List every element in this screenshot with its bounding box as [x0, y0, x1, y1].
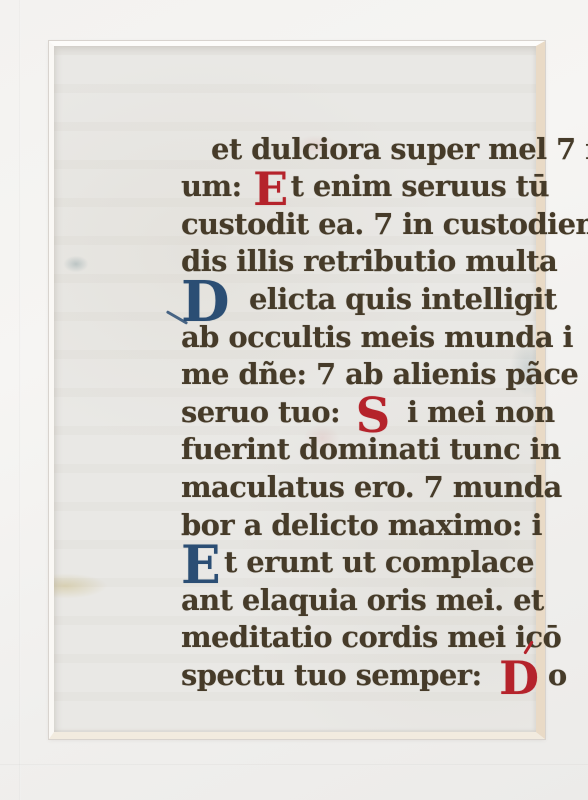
text-run: bor a delicto maximo: i: [181, 508, 542, 542]
text-run: um:: [181, 169, 251, 203]
text-run: i mei non: [398, 395, 555, 429]
text-run: me dñe: 7 ab alienis pãce: [181, 357, 578, 391]
text-run: custodit ea. 7 in custodien: [181, 207, 588, 241]
text-run: seruo tuo:: [181, 395, 350, 429]
text-run: fuerint dominati tunc in: [181, 432, 561, 466]
text-run: maculatus ero. 7 munda: [181, 470, 562, 504]
text-run: dis illis retributio multa: [181, 244, 557, 278]
text-run: o: [538, 658, 566, 692]
text-run: t erunt ut complace: [224, 545, 534, 579]
manuscript-leaf: et dulciora super mel 7 fau, um: Et enim…: [54, 46, 536, 732]
text-run: ab occultis meis munda i: [181, 320, 573, 354]
framed-manuscript-photo: et dulciora super mel 7 fau, um: Et enim…: [0, 0, 588, 800]
manuscript-line: et dulciora super mel 7 fau,: [86, 93, 522, 131]
text-run: et dulciora super mel 7 fau,: [211, 132, 588, 166]
text-block: et dulciora super mel 7 fau, um: Et enim…: [86, 93, 522, 657]
text-run: spectu tuo semper:: [181, 658, 491, 692]
text-run: elicta quis intelligit: [249, 282, 557, 316]
text-run: ant elaquia oris mei. et: [181, 583, 544, 617]
text-run: t enim seruus tū: [291, 169, 549, 203]
mat-window: et dulciora super mel 7 fau, um: Et enim…: [49, 41, 545, 739]
frame-outer-edge-bottom: [0, 764, 588, 766]
frame-outer-edge-left: [19, 0, 21, 800]
text-run: meditatio cordis mei icō: [181, 620, 561, 654]
